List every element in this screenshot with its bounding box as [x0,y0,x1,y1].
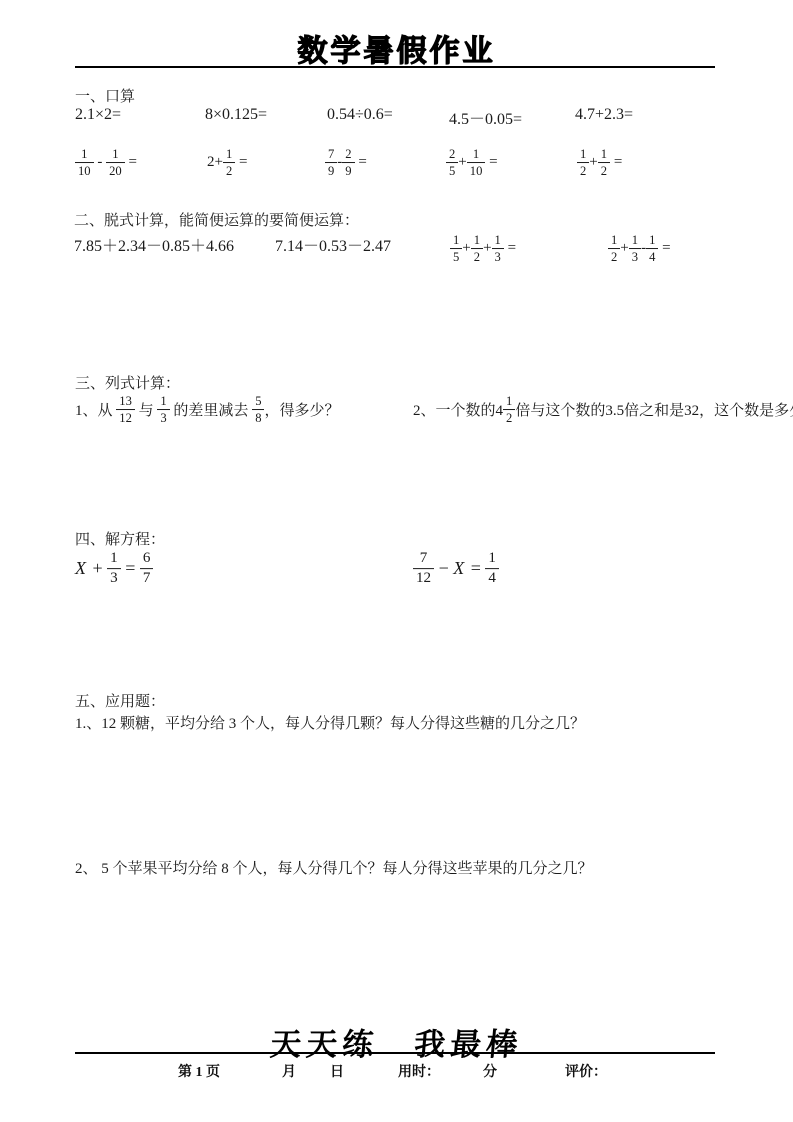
word-problem-2: 2、一个数的412倍与这个数的3.5倍之和是32，这个数是多少？ [413,394,793,426]
fraction: 14 [485,550,499,588]
math-text: = [355,155,367,172]
math-text: + [483,241,491,258]
fraction: 712 [413,550,434,588]
fraction: 1312 [116,394,135,426]
fraction: 25 [446,147,458,179]
page-title: 数学暑假作业 [0,26,793,70]
math-text: + [458,155,466,172]
oral-problem: 8×0.125= [205,106,267,124]
math-text: 的差里减去 [170,400,253,421]
fraction: 12 [598,147,610,179]
math-text: 倍与这个数的3.5倍之和是32，这个数是多少？ [515,400,793,421]
fraction: 120 [106,147,125,179]
fraction: 15 [450,233,462,265]
math-text: + [462,241,470,258]
math-text: = [466,559,485,580]
oral-problem: 4.5－0.05= [449,106,522,129]
section-4-header: 四、解方程： [75,528,165,549]
fraction: 12 [577,147,589,179]
math-text: + [620,241,628,258]
footer-month-label: 月 [282,1061,296,1081]
equation-1: X + 13 = 67 [75,550,153,588]
math-text: ，得多少？ [264,400,339,421]
oral-problem: 0.54÷0.6= [327,106,393,124]
section-3-header: 三、列式计算： [75,372,180,393]
footer-day-label: 日 [330,1061,344,1081]
math-text: 1、从 [75,400,116,421]
footer-minutes-label: 分 [483,1061,497,1081]
math-text: 2、一个数的4 [413,400,503,421]
fraction-problem: 12+12 = [577,147,622,179]
math-text: = [610,155,622,172]
footer-rating-label: 评价： [565,1061,607,1081]
footer-time-label: 用时： [398,1061,440,1081]
applied-problem-1: 1.、12 颗糖，平均分给 3 个人，每人分得几颗？每人分得这些糖的几分之几？ [75,712,585,733]
worksheet-page: 数学暑假作业 一、口算 2.1×2= 8×0.125= 0.54÷0.6= 4.… [0,0,793,1122]
math-text: = [121,559,140,580]
oral-problem: 2.1×2= [75,106,121,124]
math-text: + [88,559,107,580]
fraction: 14 [646,233,658,265]
section-1-header: 一、口算 [75,85,135,106]
equation-2: 712 − X = 14 [413,550,499,588]
fraction: 79 [325,147,337,179]
section-5-header: 五、应用题： [75,690,165,711]
math-text: = [125,155,137,172]
fraction: 12 [608,233,620,265]
fraction: 58 [252,394,264,426]
fraction: 110 [75,147,94,179]
math-variable: X [453,559,466,580]
decimal-problem: 7.14－0.53－2.47 [275,233,391,256]
fraction-problem: 79-29 = [325,147,367,179]
fraction-problem: 25+110 = [446,147,498,179]
fraction-problem: 110 - 120 = [75,147,137,179]
applied-problem-2: 2、 5 个苹果平均分给 8 个人，每人分得几个？每人分得这些苹果的几分之几？ [75,857,593,878]
decimal-problem: 7.85＋2.34－0.85＋4.66 [74,233,234,256]
word-problem-1: 1、从 1312 与 13 的差里减去 58，得多少？ [75,394,340,426]
math-text: = [485,155,497,172]
fraction: 29 [342,147,354,179]
fraction-problem: 15+12+13 = [450,233,516,265]
section-2-header: 二、脱式计算，能简便运算的要简便运算： [74,209,359,230]
math-text: - [94,155,107,172]
math-text: = [504,241,516,258]
fraction: 12 [223,147,235,179]
fraction: 12 [503,394,515,426]
math-variable: X [75,559,88,580]
math-text: 与 [135,400,158,421]
footer-slogan: 天天练 我最棒 [0,1019,793,1064]
fraction: 13 [107,550,121,588]
title-divider [75,66,715,68]
fraction: 110 [467,147,486,179]
fraction: 13 [157,394,169,426]
math-text: − [434,559,453,580]
math-text: = [235,155,247,172]
fraction: 67 [140,550,154,588]
footer-page-number: 第 1 页 [178,1061,220,1081]
math-text: + [589,155,597,172]
oral-problem: 4.7+2.3= [575,106,633,124]
fraction: 12 [471,233,483,265]
fraction: 13 [629,233,641,265]
math-text: 2+ [207,155,223,172]
fraction: 13 [492,233,504,265]
fraction-problem: 2+12 = [207,147,247,179]
math-text: = [658,241,670,258]
fraction-problem: 12+13-14 = [608,233,671,265]
